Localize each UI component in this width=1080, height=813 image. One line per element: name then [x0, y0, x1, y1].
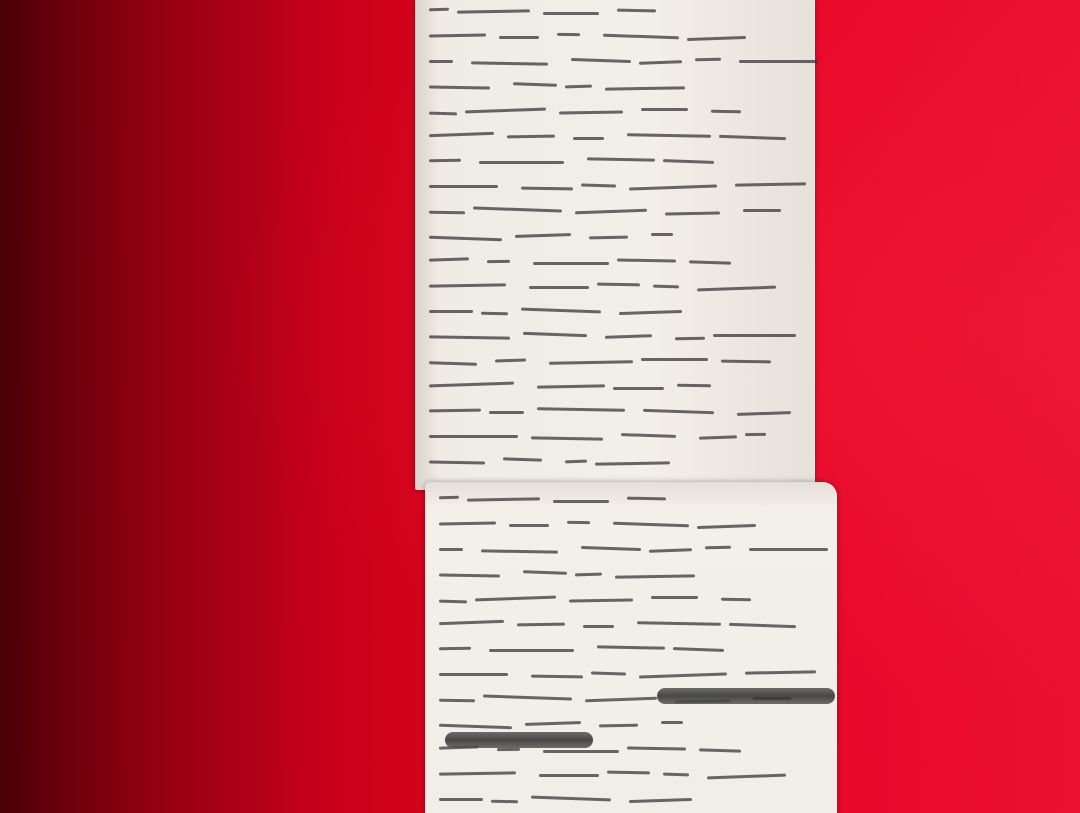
- handwriting-stroke: [429, 310, 473, 313]
- handwriting-stroke: [471, 61, 548, 65]
- handwriting-stroke: [429, 283, 506, 287]
- handwriting-stroke: [597, 645, 665, 649]
- handwriting-stroke: [429, 409, 481, 413]
- handwriting-stroke: [565, 460, 587, 464]
- handwriting-stroke: [573, 137, 604, 140]
- handwriting-stroke: [559, 110, 623, 114]
- handwriting-stroke: [617, 9, 656, 13]
- redaction-bar: [445, 732, 593, 748]
- handwriting-stroke: [595, 461, 670, 465]
- handwriting-stroke: [707, 774, 786, 780]
- handwriting-stroke: [429, 382, 514, 388]
- handwriting-stroke: [649, 548, 692, 552]
- handwriting-stroke: [697, 286, 776, 292]
- handwriting-stroke: [429, 211, 465, 215]
- handwriting-stroke: [665, 212, 720, 216]
- handwriting-stroke: [439, 620, 504, 625]
- handwriting-stroke: [677, 384, 711, 388]
- handwriting-stroke: [575, 209, 647, 215]
- handwriting-stroke: [429, 132, 494, 137]
- handwriting-stroke: [695, 58, 721, 61]
- handwriting-stroke: [491, 800, 518, 803]
- handwriting-stroke: [585, 697, 657, 703]
- handwriting-stroke: [663, 773, 689, 777]
- handwriting-stroke: [429, 335, 510, 339]
- handwriting-stroke: [651, 596, 698, 599]
- handwriting-stroke: [439, 496, 459, 500]
- handwriting-stroke: [429, 185, 498, 188]
- handwriting-stroke: [565, 85, 592, 89]
- handwriting-stroke: [487, 260, 510, 263]
- handwriting-stroke: [439, 798, 483, 801]
- handwriting-stroke: [553, 500, 609, 503]
- handwriting-stroke: [429, 236, 502, 242]
- handwriting-stroke: [617, 258, 676, 262]
- handwriting-stroke: [439, 647, 471, 651]
- handwriting-stroke: [429, 159, 461, 163]
- handwriting-stroke: [467, 497, 540, 501]
- handwriting-stroke: [569, 598, 633, 602]
- handwriting-stroke: [599, 724, 638, 728]
- handwriting-stroke: [613, 387, 664, 390]
- handwriting-stroke: [629, 184, 717, 190]
- handwriting-stroke: [489, 411, 524, 414]
- handwriting-stroke: [549, 360, 633, 364]
- handwriting-stroke: [439, 673, 508, 676]
- handwriting-stroke: [429, 60, 453, 63]
- handwriting-stroke: [457, 9, 530, 13]
- handwriting-stroke: [735, 182, 806, 186]
- handwriting-stroke: [737, 411, 791, 416]
- handwriting-stroke: [605, 86, 685, 90]
- handwriting-stroke: [543, 12, 599, 15]
- handwriting-stroke: [571, 58, 631, 63]
- handwriting-stroke: [591, 671, 626, 675]
- handwriting-stroke: [581, 546, 641, 551]
- handwriting-stroke: [517, 623, 565, 627]
- handwriting-stroke: [525, 721, 581, 726]
- redaction-bar: [657, 688, 835, 704]
- manuscript-page-bottom: [425, 482, 837, 813]
- handwriting-stroke: [557, 33, 580, 36]
- handwriting-stroke: [429, 34, 486, 38]
- handwriting-stroke: [627, 497, 666, 501]
- handwriting-stroke: [627, 746, 686, 750]
- handwriting-stroke: [497, 748, 520, 751]
- handwriting-stroke: [499, 36, 539, 39]
- handwriting-stroke: [521, 187, 573, 191]
- handwriting-stroke: [483, 694, 572, 700]
- handwriting-stroke: [429, 461, 485, 465]
- handwriting-stroke: [661, 721, 683, 724]
- handwriting-stroke: [643, 409, 714, 414]
- handwriting-stroke: [589, 236, 628, 240]
- handwriting-stroke: [745, 670, 816, 674]
- handwriting-stroke: [439, 771, 516, 775]
- handwriting-stroke: [429, 112, 457, 116]
- handwriting-stroke: [699, 435, 737, 439]
- handwriting-stroke: [629, 798, 692, 803]
- handwriting-stroke: [439, 522, 496, 526]
- handwriting-stroke: [619, 310, 682, 315]
- manuscript-page-top: [415, 0, 815, 490]
- handwriting-stroke: [533, 262, 609, 265]
- handwriting-stroke: [607, 771, 650, 775]
- handwriting-stroke: [689, 260, 731, 264]
- handwriting-stroke: [507, 135, 555, 139]
- handwriting-stroke: [663, 159, 714, 164]
- handwriting-stroke: [515, 233, 571, 238]
- handwriting-stroke: [543, 750, 619, 753]
- handwriting-stroke: [705, 546, 731, 549]
- handwriting-stroke: [603, 34, 679, 40]
- handwriting-stroke: [503, 457, 542, 461]
- handwriting-stroke: [641, 358, 708, 361]
- handwriting-stroke: [495, 358, 526, 362]
- handwriting-stroke: [539, 774, 599, 777]
- handwriting-stroke: [687, 36, 746, 41]
- handwriting-stroke: [473, 206, 562, 212]
- handwriting-stroke: [721, 360, 771, 364]
- handwriting-stroke: [745, 433, 766, 436]
- handwriting-stroke: [439, 548, 463, 551]
- handwriting-stroke: [721, 598, 751, 602]
- handwriting-stroke: [481, 312, 508, 315]
- handwriting-stroke: [509, 524, 549, 527]
- handwriting-stroke: [749, 548, 828, 551]
- handwriting-stroke: [429, 85, 490, 89]
- handwriting-stroke: [743, 209, 781, 212]
- handwriting-stroke: [615, 574, 695, 578]
- handwriting-stroke: [673, 647, 724, 652]
- handwriting-stroke: [465, 108, 546, 114]
- handwriting-stroke: [583, 625, 614, 628]
- handwriting-stroke: [639, 672, 727, 678]
- handwriting-stroke: [481, 549, 558, 553]
- handwriting-stroke: [429, 8, 449, 12]
- handwriting-stroke: [521, 308, 601, 314]
- handwriting-stroke: [641, 108, 688, 111]
- handwriting-stroke: [429, 435, 518, 438]
- handwriting-stroke: [581, 183, 616, 187]
- handwriting-stroke: [439, 724, 512, 730]
- handwriting-stroke: [729, 623, 796, 628]
- handwriting-stroke: [637, 621, 721, 625]
- handwriting-stroke: [739, 60, 818, 63]
- handwriting-stroke: [653, 285, 679, 289]
- handwriting-stroke: [639, 60, 682, 64]
- handwriting-stroke: [537, 384, 605, 388]
- handwriting-stroke: [575, 573, 602, 577]
- handwriting-stroke: [605, 334, 652, 339]
- handwriting-stroke: [513, 82, 557, 87]
- handwriting-stroke: [613, 522, 689, 528]
- handwriting-stroke: [597, 283, 640, 287]
- handwriting-stroke: [531, 675, 583, 679]
- handwriting-stroke: [439, 699, 475, 703]
- handwriting-stroke: [651, 233, 673, 236]
- handwriting-stroke: [699, 748, 741, 752]
- handwriting-stroke: [531, 796, 611, 802]
- handwriting-stroke: [697, 524, 756, 529]
- handwriting-stroke: [429, 257, 469, 261]
- handwriting-stroke: [621, 433, 676, 438]
- handwriting-stroke: [567, 521, 590, 524]
- handwriting-stroke: [475, 596, 556, 602]
- handwriting-stroke: [537, 407, 625, 412]
- handwriting-stroke: [479, 161, 564, 164]
- handwriting-stroke: [675, 337, 705, 341]
- handwriting-stroke: [531, 436, 603, 440]
- handwriting-stroke: [587, 157, 655, 161]
- handwriting-stroke: [429, 361, 477, 366]
- handwriting-stroke: [711, 110, 741, 114]
- handwriting-stroke: [627, 133, 711, 137]
- handwriting-stroke: [439, 600, 467, 604]
- handwriting-stroke: [719, 135, 786, 140]
- handwriting-stroke: [713, 334, 796, 337]
- handwriting-stroke: [529, 286, 589, 289]
- handwriting-stroke: [439, 573, 500, 577]
- handwriting-stroke: [523, 570, 567, 575]
- handwriting-stroke: [489, 649, 574, 652]
- handwriting-stroke: [523, 332, 587, 337]
